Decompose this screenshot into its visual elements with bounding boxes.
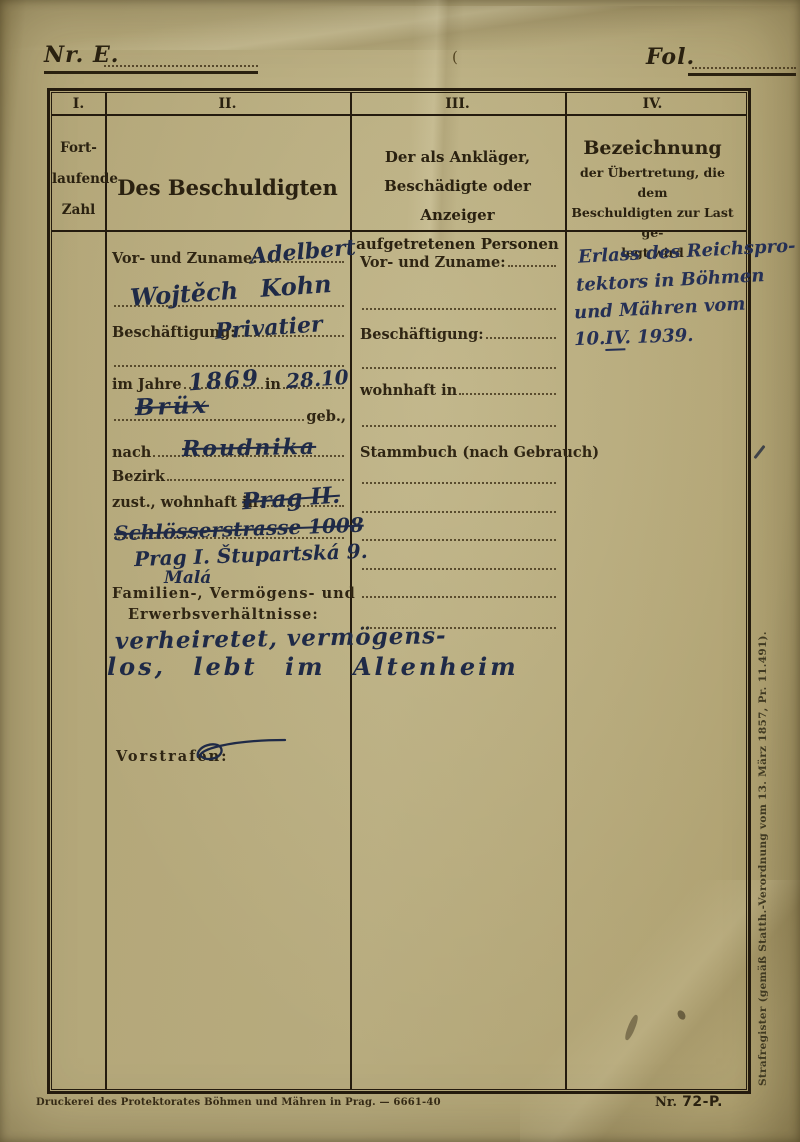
dotted-row [360,497,558,516]
hw-birth-place: Brüx [135,394,210,420]
dotted-line [486,323,556,339]
dotted-line [114,351,344,367]
col3-title: Der als Ankläger, Beschädigte oder Anzei… [350,143,565,259]
register-table: I. II. III. IV. Fort- laufende Zahl Des … [47,88,751,1094]
numeral-underline [52,114,746,116]
hw-residence-new-2: Malá [164,570,211,587]
dotted-line [459,379,556,395]
vertical-side-note: Strafregister (gemäß Statth.-Verordnung … [757,631,769,1086]
col2-title: Des Beschuldigten [105,175,350,200]
dotted-line [362,411,556,427]
col2-numeral: II. [105,96,350,112]
col4-numeral: IV. [565,96,740,112]
field-name-col3: Vor- und Zuname: [360,251,558,270]
dotted-line [362,554,556,570]
dotted-line [104,64,258,67]
fol-label: Fol. [646,44,695,70]
dotted-row [360,525,558,544]
vorstrafen-flourish-mark [190,733,290,767]
hw-year: 1869 [187,367,260,395]
hw-offense-line2: tektors in Böhmen [576,267,765,295]
dotted-line [362,353,556,369]
rule-line [688,73,796,76]
scanned-form-page: Nr. E. ( Fol. I. II. III. IV. Fort- lauf… [0,0,800,1142]
dotted-line [362,613,556,629]
col4-title: Bezeichnung [565,137,740,159]
field-residence-col3: wohnhaft in [360,379,558,398]
dotted-row [360,554,558,573]
hw-nach-place: Roudnika [182,436,317,460]
hw-offense-date: 10.IV. 1939. [574,327,694,349]
dotted-row [360,294,558,313]
stray-mark: ( [452,48,458,66]
dotted-line [362,294,556,310]
dotted-row [360,411,558,430]
dotted-line [692,66,796,69]
form-number: Nr. 72-P. [655,1091,723,1110]
dotted-line [362,525,556,541]
label-family-2: Erwerbsverhältnisse: [128,606,319,623]
dotted-row [360,353,558,372]
rule-line [44,71,258,74]
column-divider [105,93,107,1089]
hw-family-2: los, lebt im Altenheim [107,655,519,679]
hw-birth-date: 28.10 [285,367,349,391]
hw-residence-old: Prag II. [241,484,340,514]
hw-offense-line3: und Mähren vom [574,296,746,323]
printer-imprint: Druckerei des Protektorates Böhmen und M… [36,1097,441,1108]
dotted-line [362,582,556,598]
dotted-line [508,251,556,267]
field-district: Bezirk [112,465,346,484]
pen-tick-mark [753,445,765,459]
dotted-row [360,582,558,601]
hw-residence-new: Prag I. Štupartská 9. [134,541,368,569]
dotted-row [360,468,558,487]
col1-title: Fort- laufende Zahl [52,133,105,226]
label-family-1: Familien-, Vermögens- und [112,585,356,602]
label-stammbuch: Stammbuch (nach Gebrauch) [360,444,599,461]
dotted-line [362,468,556,484]
hw-occupation: Privatier [214,313,323,342]
col1-numeral: I. [52,96,105,112]
dotted-line [362,497,556,513]
col3-numeral: III. [350,96,565,112]
dotted-line [167,465,344,481]
dotted-row [360,613,558,632]
field-occupation-col3: Beschäftigung: [360,323,558,342]
register-table-inner: I. II. III. IV. Fort- laufende Zahl Des … [51,92,747,1090]
